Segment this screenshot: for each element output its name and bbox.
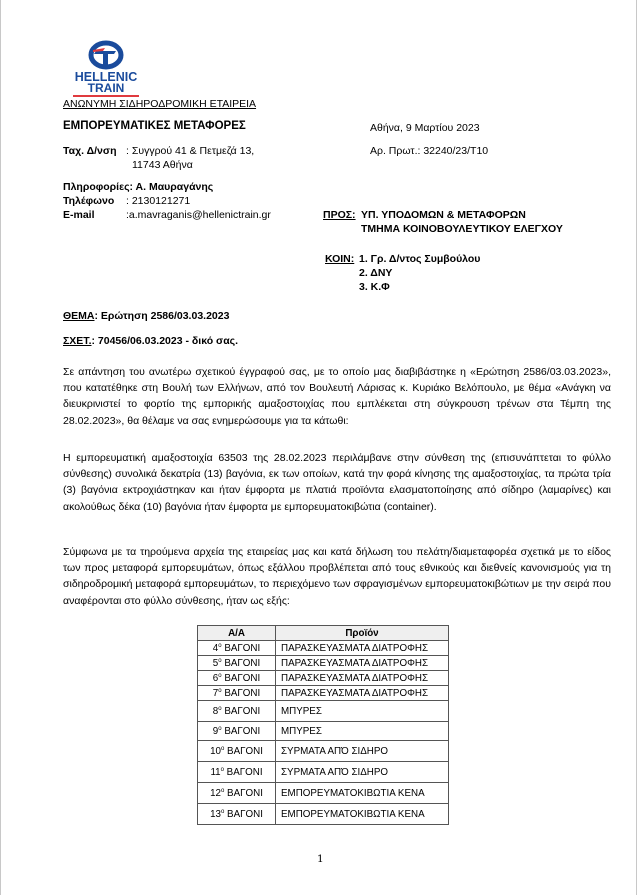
- wagon-number-value: 12: [210, 788, 221, 799]
- table-row: 6ο ΒΑΓΟΝΙΠΑΡΑΣΚΕΥΑΣΜΑΤΑ ΔΙΑΤΡΟΦΗΣ: [198, 671, 449, 686]
- wagon-number: 10ο ΒΑΓΟΝΙ: [198, 741, 276, 762]
- body-paragraph-1: Σε απάντηση του ανωτέρω σχετικού έγγραφο…: [63, 364, 611, 429]
- column-header-aa: Α/Α: [198, 626, 276, 641]
- table-row: 11ο ΒΑΓΟΝΙΣΥΡΜΑΤΑ ΑΠΌ ΣΙΔΗΡΟ: [198, 762, 449, 783]
- address-line-2: 11743 Αθήνα: [132, 159, 193, 171]
- wagon-number: 8ο ΒΑΓΟΝΙ: [198, 701, 276, 722]
- wagon-label: ΒΑΓΟΝΙ: [222, 726, 261, 737]
- wagon-label: ΒΑΓΟΝΙ: [224, 746, 263, 757]
- cc-item-3: 3. Κ.Φ: [359, 281, 390, 293]
- phone-value: : 2130121271: [126, 195, 190, 207]
- body-paragraph-3: Σύμφωνα με τα τηρούμενα αρχεία της εταιρ…: [63, 544, 611, 609]
- to-label: ΠΡΟΣ:: [323, 209, 356, 221]
- wagon-number: 13ο ΒΑΓΟΝΙ: [198, 804, 276, 825]
- address-label: Ταχ. Δ/νση: [63, 145, 116, 157]
- cc-item-1: 1. Γρ. Δ/ντος Συμβούλου: [359, 253, 480, 265]
- wagon-label: ΒΑΓΟΝΙ: [222, 706, 261, 717]
- email-value[interactable]: :a.mavraganis@hellenictrain.gr: [126, 209, 271, 221]
- wagon-contents-table: Α/Α Προϊόν 4ο ΒΑΓΟΝΙΠΑΡΑΣΚΕΥΑΣΜΑΤΑ ΔΙΑΤΡ…: [197, 625, 449, 825]
- wagon-number: 5ο ΒΑΓΟΝΙ: [198, 656, 276, 671]
- department-name: ΕΜΠΟΡΕΥΜΑΤΙΚΕΣ ΜΕΤΑΦΟΡΕΣ: [63, 120, 246, 132]
- product-cell: ΠΑΡΑΣΚΕΥΑΣΜΑΤΑ ΔΙΑΤΡΟΦΗΣ: [276, 656, 449, 671]
- wagon-number: 11ο ΒΑΓΟΝΙ: [198, 762, 276, 783]
- info-contact: Πληροφορίες: Α. Μαυραγάνης: [63, 181, 213, 193]
- product-cell: ΠΑΡΑΣΚΕΥΑΣΜΑΤΑ ΔΙΑΤΡΟΦΗΣ: [276, 641, 449, 656]
- train-logo-icon: HELLENIC TRAIN: [63, 40, 149, 100]
- table-row: 13ο ΒΑΓΟΝΙΕΜΠΟΡΕΥΜΑΤΟΚΙΒΩΤΙΑ ΚΕΝΑ: [198, 804, 449, 825]
- table-row: 12ο ΒΑΓΟΝΙΕΜΠΟΡΕΥΜΑΤΟΚΙΒΩΤΙΑ ΚΕΝΑ: [198, 783, 449, 804]
- product-cell: ΕΜΠΟΡΕΥΜΑΤΟΚΙΒΩΤΙΑ ΚΕΝΑ: [276, 804, 449, 825]
- cc-item-2: 2. ΔΝΥ: [359, 267, 392, 279]
- protocol-number: Αρ. Πρωτ.: 32240/23/Τ10: [370, 145, 488, 157]
- page-number: 1: [317, 853, 324, 865]
- document-page: HELLENIC TRAIN ΑΝΩΝΥΜΗ ΣΙΔΗΡΟΔΡΟΜΙΚΗ ΕΤΑ…: [0, 0, 637, 895]
- product-cell: ΜΠΥΡΕΣ: [276, 701, 449, 722]
- table-row: 9ο ΒΑΓΟΝΙΜΠΥΡΕΣ: [198, 722, 449, 741]
- product-cell: ΣΥΡΜΑΤΑ ΑΠΌ ΣΙΔΗΡΟ: [276, 741, 449, 762]
- table-row: 10ο ΒΑΓΟΝΙΣΥΡΜΑΤΑ ΑΠΌ ΣΙΔΗΡΟ: [198, 741, 449, 762]
- reference-value: : 70456/06.03.2023 - δικό σας.: [92, 335, 239, 347]
- wagon-label: ΒΑΓΟΝΙ: [224, 788, 263, 799]
- table-row: 4ο ΒΑΓΟΝΙΠΑΡΑΣΚΕΥΑΣΜΑΤΑ ΔΙΑΤΡΟΦΗΣ: [198, 641, 449, 656]
- hellenic-train-logo: HELLENIC TRAIN: [63, 40, 149, 100]
- wagon-label: ΒΑΓΟΝΙ: [224, 809, 263, 820]
- subject-label: ΘΕΜΑ: [63, 310, 95, 322]
- table-row: 5ο ΒΑΓΟΝΙΠΑΡΑΣΚΕΥΑΣΜΑΤΑ ΔΙΑΤΡΟΦΗΣ: [198, 656, 449, 671]
- product-cell: ΜΠΥΡΕΣ: [276, 722, 449, 741]
- table-row: 8ο ΒΑΓΟΝΙΜΠΥΡΕΣ: [198, 701, 449, 722]
- address-line-1: : Συγγρού 41 & Πετμεζά 13,: [126, 145, 254, 157]
- product-cell: ΣΥΡΜΑΤΑ ΑΠΌ ΣΙΔΗΡΟ: [276, 762, 449, 783]
- wagon-number: 7ο ΒΑΓΟΝΙ: [198, 686, 276, 701]
- wagon-number-value: 10: [210, 746, 221, 757]
- wagon-number-value: 11: [210, 767, 220, 778]
- wagon-label: ΒΑΓΟΝΙ: [222, 643, 261, 654]
- wagon-label: ΒΑΓΟΝΙ: [224, 767, 263, 778]
- wagon-number: 4ο ΒΑΓΟΝΙ: [198, 641, 276, 656]
- body-paragraph-2: Η εμπορευματική αμαξοστοιχία 63503 της 2…: [63, 450, 611, 515]
- svg-text:TRAIN: TRAIN: [88, 81, 125, 95]
- subject-value: : Ερώτηση 2586/03.03.2023: [95, 310, 230, 322]
- wagon-number: 12ο ΒΑΓΟΝΙ: [198, 783, 276, 804]
- product-cell: ΕΜΠΟΡΕΥΜΑΤΟΚΙΒΩΤΙΑ ΚΕΝΑ: [276, 783, 449, 804]
- reference-label: ΣΧΕΤ.: [63, 335, 92, 347]
- wagon-number: 6ο ΒΑΓΟΝΙ: [198, 671, 276, 686]
- table-row: 7ο ΒΑΓΟΝΙΠΑΡΑΣΚΕΥΑΣΜΑΤΑ ΔΙΑΤΡΟΦΗΣ: [198, 686, 449, 701]
- email-label: E-mail: [63, 209, 95, 221]
- column-header-product: Προϊόν: [276, 626, 449, 641]
- cc-label: ΚΟΙΝ:: [325, 253, 354, 265]
- to-line-2: ΤΜΗΜΑ ΚΟΙΝΟΒΟΥΛΕΥΤΙΚΟΥ ΕΛΕΓΧΟΥ: [361, 223, 563, 235]
- subject-line: ΘΕΜΑ: Ερώτηση 2586/03.03.2023: [63, 310, 229, 322]
- table-header-row: Α/Α Προϊόν: [198, 626, 449, 641]
- letter-date: Αθήνα, 9 Μαρτίου 2023: [370, 122, 480, 134]
- wagon-label: ΒΑΓΟΝΙ: [222, 673, 261, 684]
- reference-line: ΣΧΕΤ.: 70456/06.03.2023 - δικό σας.: [63, 335, 238, 347]
- to-line-1: ΥΠ. ΥΠΟΔΟΜΩΝ & ΜΕΤΑΦΟΡΩΝ: [361, 209, 526, 221]
- wagon-label: ΒΑΓΟΝΙ: [222, 688, 261, 699]
- wagon-label: ΒΑΓΟΝΙ: [222, 658, 261, 669]
- product-cell: ΠΑΡΑΣΚΕΥΑΣΜΑΤΑ ΔΙΑΤΡΟΦΗΣ: [276, 686, 449, 701]
- phone-label: Τηλέφωνο: [63, 195, 114, 207]
- product-cell: ΠΑΡΑΣΚΕΥΑΣΜΑΤΑ ΔΙΑΤΡΟΦΗΣ: [276, 671, 449, 686]
- company-name: ΑΝΩΝΥΜΗ ΣΙΔΗΡΟΔΡΟΜΙΚΗ ΕΤΑΙΡΕΙΑ: [63, 98, 256, 110]
- wagon-number: 9ο ΒΑΓΟΝΙ: [198, 722, 276, 741]
- wagon-number-value: 13: [210, 809, 221, 820]
